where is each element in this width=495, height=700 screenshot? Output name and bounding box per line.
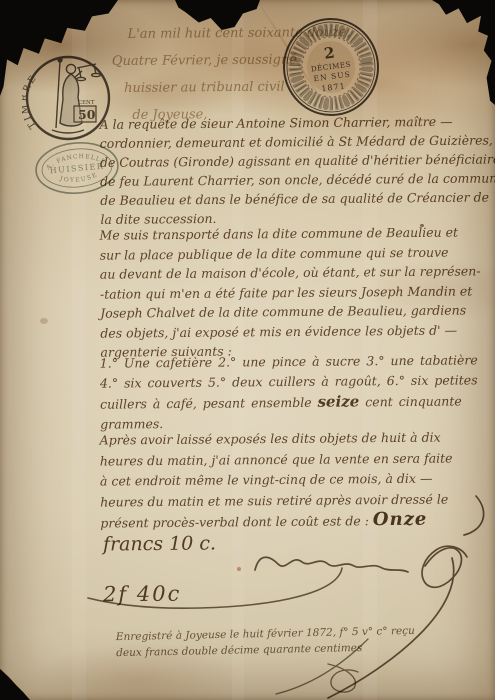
timbre-side-text: TIMBRE — [22, 73, 40, 131]
handwritten-line: Joseph Chalvet de la dite commune de Bea… — [100, 300, 481, 323]
handwritten-line: Après avoir laissé exposés les dits obje… — [100, 427, 453, 451]
handwritten-line: huissier au tribunal civil — [124, 73, 351, 102]
emphasized-word: seize — [317, 392, 359, 410]
paragraph-request: A la requête de sieur Antoine Simon Char… — [100, 111, 495, 229]
paragraph-objects: 1.° Une cafetière 2.° une pince à sucre … — [100, 350, 479, 434]
scanned-document-photo: TIMBRE CENT 50 A. FANCHELLE HUISSIER JOY… — [0, 0, 495, 700]
timbre-value: 50 — [78, 107, 96, 122]
ink-speck — [40, 318, 48, 324]
line-fragment: cuillers à café, pesant ensemble — [100, 395, 318, 412]
paragraph-closing: Après avoir laissé exposés les dits obje… — [100, 427, 454, 534]
underline-flourish — [80, 558, 350, 620]
handwritten-line: Quatre Février, je soussigné — [112, 46, 351, 75]
handwritten-line: des objets, j'ai exposé et mis en éviden… — [100, 320, 481, 343]
timbre-cent-label: CENT — [78, 100, 95, 106]
handwritten-line: L'an mil huit cent soixante-douze, — [128, 19, 351, 48]
handwritten-line: de Beaulieu et dans le bénéfice de sa qu… — [100, 187, 495, 210]
line-fragment: cent cinquante — [359, 393, 462, 409]
handwritten-line: au devant de la maison d'école, où étant… — [100, 261, 481, 284]
paragraph-transport: Me suis transporté dans la dite commune … — [99, 222, 481, 362]
handwritten-line: Me suis transporté dans la dite commune … — [99, 222, 480, 245]
registrar-paraph — [268, 634, 393, 700]
handwritten-line: cuillers à café, pesant ensemble seize c… — [100, 390, 478, 414]
handwritten-line: à cet endroit même le vingt-cinq de ce m… — [100, 468, 453, 492]
cost-word: Onze — [373, 509, 428, 530]
fee-amount: francs 10 c. — [103, 533, 216, 556]
